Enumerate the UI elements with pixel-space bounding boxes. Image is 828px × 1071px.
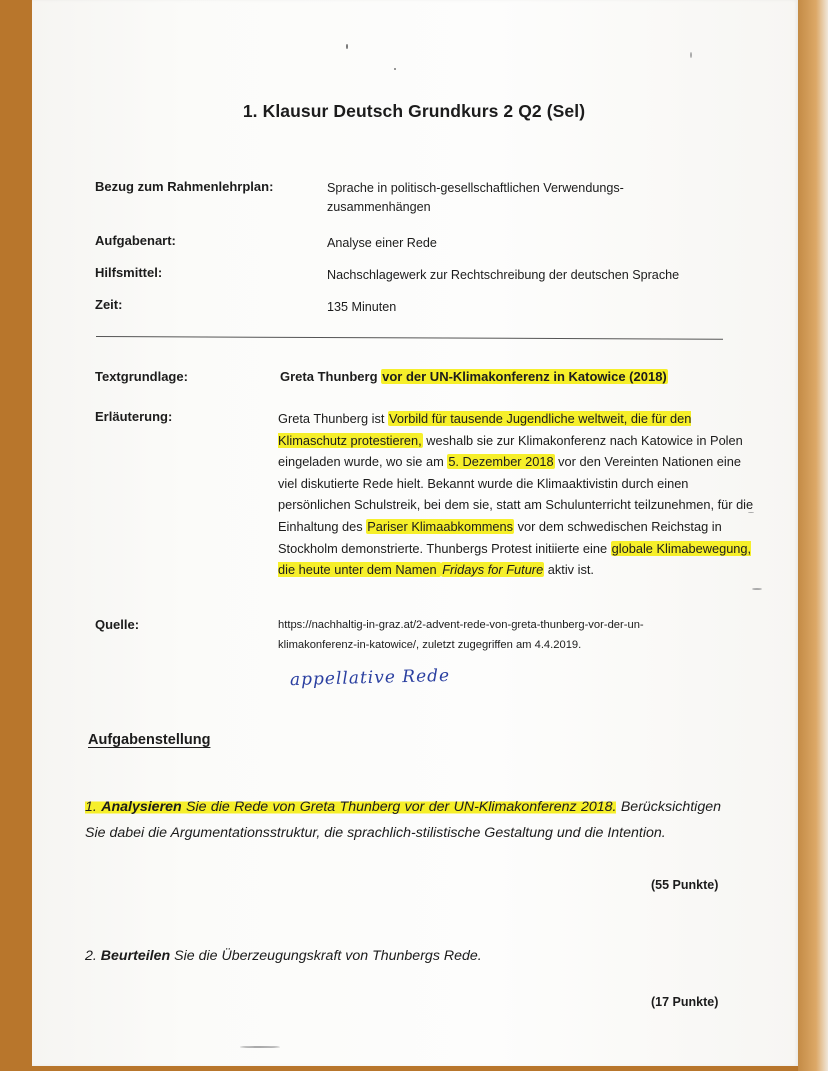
value-rahmenlehrplan-line1: Sprache in politisch-gesellschaftlichen …	[327, 179, 624, 198]
label-zeit: Zeit:	[95, 297, 122, 312]
task-2-rest: Sie die Überzeugungskraft von Thunbergs …	[170, 948, 482, 964]
textgrundlage-plain: Greta Thunberg	[280, 369, 381, 384]
desk-edge	[798, 0, 828, 1071]
value-rahmenlehrplan-line2: zusammenhängen	[327, 198, 431, 217]
label-quelle: Quelle:	[95, 617, 139, 632]
label-textgrundlage: Textgrundlage:	[95, 369, 188, 384]
quelle-url-line2: klimakonferenz-in-katowice/, zuletzt zug…	[278, 635, 748, 655]
value-aufgabenart: Analyse einer Rede	[327, 234, 437, 253]
value-zeit: 135 Minuten	[327, 298, 396, 317]
textgrundlage-highlight: vor der UN-Klimakonferenz in Katowice (2…	[381, 369, 668, 384]
value-hilfsmittel: Nachschlagewerk zur Rechtschreibung der …	[327, 266, 679, 285]
task-2-points: (17 Punkte)	[651, 995, 718, 1009]
scan-speck	[240, 1046, 280, 1048]
document-title: 1. Klausur Deutsch Grundkurs 2 Q2 (Sel)	[0, 101, 828, 122]
scan-speck	[346, 44, 348, 49]
text-segment: Greta Thunberg ist	[278, 411, 388, 426]
scan-speck	[690, 52, 692, 58]
label-erlaeuterung: Erläuterung:	[95, 409, 172, 424]
value-textgrundlage: Greta Thunberg vor der UN-Klimakonferenz…	[280, 369, 668, 384]
task-1-rest: Sie die Rede von Greta Thunberg vor der …	[182, 799, 617, 815]
highlighted-text: Pariser Klimaabkommens	[366, 519, 514, 534]
label-aufgabenart: Aufgabenart:	[95, 233, 176, 248]
task-1-points: (55 Punkte)	[651, 878, 718, 892]
task-1-first-line: 1. Analysieren Sie die Rede von Greta Th…	[85, 799, 616, 815]
label-hilfsmittel: Hilfsmittel:	[95, 265, 162, 280]
task-1-verb: Analysieren	[101, 799, 181, 815]
erlaeuterung-text: Greta Thunberg ist Vorbild für tausende …	[278, 408, 756, 581]
highlighted-text: 5. Dezember 2018	[447, 454, 554, 469]
text-segment: aktiv ist.	[544, 562, 594, 577]
aufgabenstellung-heading: Aufgabenstellung	[88, 732, 210, 748]
quelle-text: https://nachhaltig-in-graz.at/2-advent-r…	[278, 615, 748, 655]
highlighted-text: Fridays for Future	[441, 562, 544, 577]
task-1: 1. Analysieren Sie die Rede von Greta Th…	[85, 794, 721, 846]
task-1-number: 1.	[85, 799, 97, 815]
label-rahmenlehrplan: Bezug zum Rahmenlehrplan:	[95, 179, 273, 194]
handwritten-note: appellative Rede	[290, 666, 451, 690]
task-2-verb: Beurteilen	[101, 948, 170, 964]
quelle-url-line1: https://nachhaltig-in-graz.at/2-advent-r…	[278, 615, 748, 635]
task-2-number: 2.	[85, 948, 97, 964]
scan-speck	[394, 68, 396, 70]
task-2: 2. Beurteilen Sie die Überzeugungskraft …	[85, 943, 721, 969]
scan-speck	[752, 588, 762, 590]
